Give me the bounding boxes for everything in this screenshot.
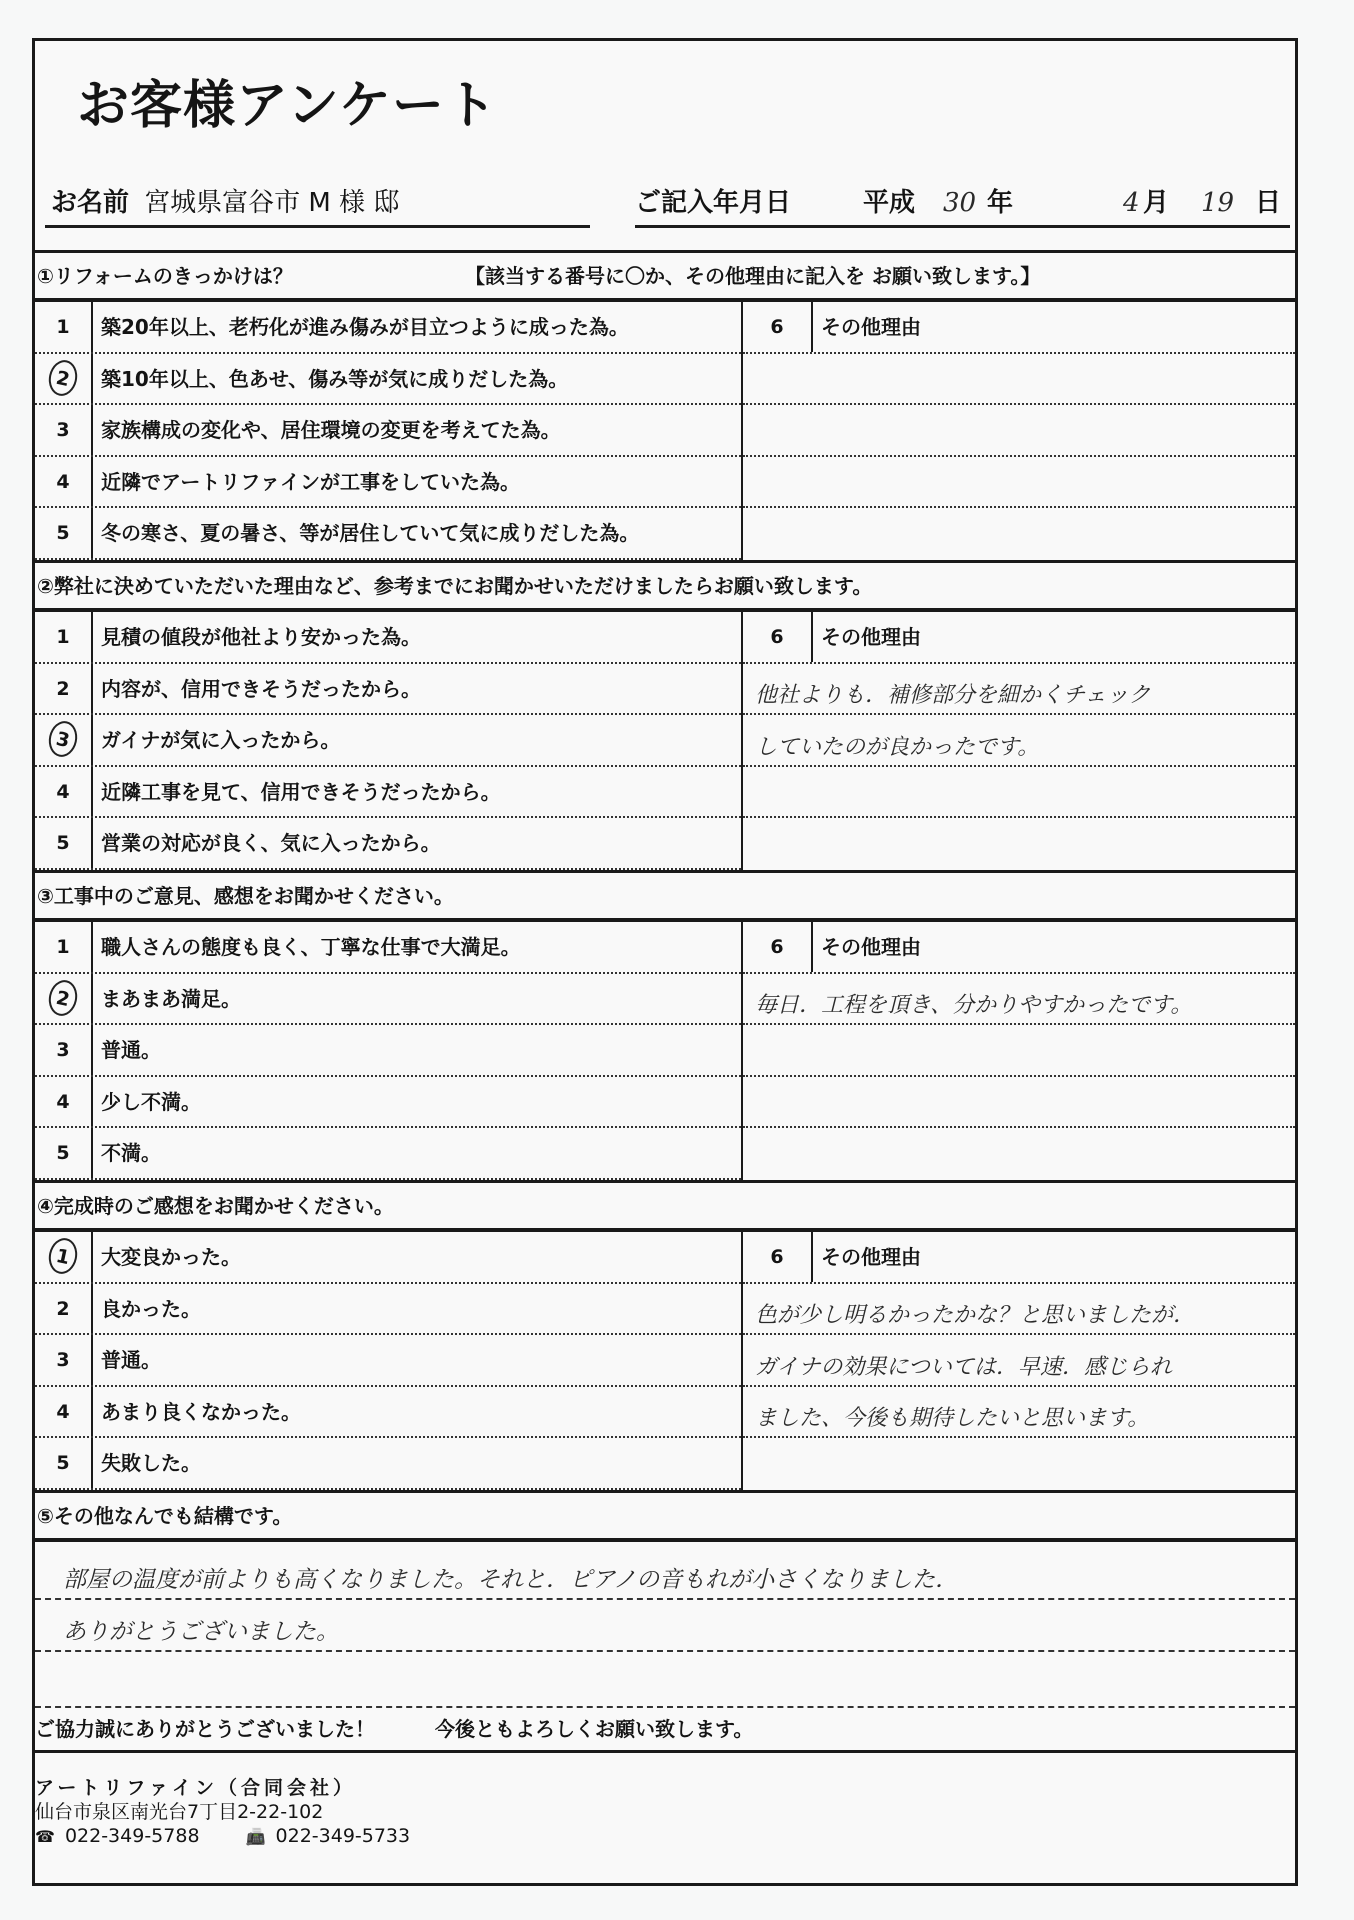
option-number[interactable]: 5 — [35, 1128, 93, 1178]
option-label: 普通。 — [101, 1025, 161, 1075]
other-handwritten: 他社よりも．補修部分を細かくチェック — [755, 678, 1150, 709]
option-row[interactable]: 5営業の対応が良く、気に入ったから。 — [35, 818, 741, 870]
option-number[interactable]: 1 — [35, 612, 93, 662]
other-handwritten: ました、今後も期待したいと思います。 — [755, 1401, 1149, 1432]
option-number[interactable]: 4 — [35, 767, 93, 817]
option-number[interactable]: 4 — [35, 1387, 93, 1437]
other-reason-line[interactable] — [743, 767, 1295, 819]
other-reason-line[interactable] — [743, 405, 1295, 457]
option-label: 内容が、信用できそうだったから。 — [101, 664, 421, 714]
other-reason-header: 6その他理由 — [743, 302, 1295, 354]
phone-number: 022-349-5788 — [65, 1825, 200, 1847]
other-label: その他理由 — [821, 612, 921, 662]
option-label: 少し不満。 — [101, 1077, 201, 1127]
other-reason-line[interactable]: ました、今後も期待したいと思います。 — [743, 1387, 1295, 1439]
other-handwritten: ガイナの効果については．早速．感じられ — [755, 1350, 1172, 1381]
section-q1: ①リフォームのきっかけは？【該当する番号に〇か、その他理由に記入を お願い致しま… — [35, 250, 1295, 560]
section-q3-header: ③工事中のご意見、感想をお聞かせください。 — [35, 870, 1295, 922]
month-value: 4 — [1123, 181, 1140, 225]
option-row[interactable]: 2築10年以上、色あせ、傷み等が気に成りだした為。 — [35, 354, 741, 406]
option-number[interactable]: 5 — [35, 508, 93, 558]
other-reason-line[interactable] — [743, 457, 1295, 509]
option-number[interactable]: 1 — [35, 302, 93, 352]
other-reason-line[interactable] — [743, 354, 1295, 406]
option-number[interactable]: 3 — [35, 1335, 93, 1385]
q5-handwritten-1: 部屋の温度が前よりも高くなりました。それと．ピアノの音もれが小さくなりました． — [63, 1561, 958, 1594]
other-reason-line[interactable]: していたのが良かったです。 — [743, 715, 1295, 767]
option-row[interactable]: 4近隣工事を見て、信用できそうだったから。 — [35, 767, 741, 819]
options-table: 1築20年以上、老朽化が進み傷みが目立つように成った為。2築10年以上、色あせ、… — [35, 302, 1295, 560]
option-label: 職人さんの態度も良く、丁寧な仕事で大満足。 — [101, 922, 521, 972]
option-row[interactable]: 4少し不満。 — [35, 1077, 741, 1129]
q5-line-3 — [35, 1650, 1295, 1708]
entry-date-field: ご記入年月日 平成 30 年 4 月 19 日 — [635, 181, 1290, 228]
section-title: ③工事中のご意見、感想をお聞かせください。 — [37, 884, 454, 908]
section-title: ④完成時のご感想をお聞かせください。 — [37, 1194, 394, 1218]
other-reason-header: 6その他理由 — [743, 922, 1295, 974]
other-handwritten: していたのが良かったです。 — [755, 730, 1039, 761]
option-row[interactable]: 1大変良かった。 — [35, 1232, 741, 1284]
option-label: 家族構成の変化や、居住環境の変更を考えてた為。 — [101, 405, 561, 455]
option-row[interactable]: 2内容が、信用できそうだったから。 — [35, 664, 741, 716]
option-label: 失敗した。 — [101, 1438, 201, 1488]
other-reason-line[interactable] — [743, 1438, 1295, 1490]
option-label: 営業の対応が良く、気に入ったから。 — [101, 818, 441, 868]
option-label: 見積の値段が他社より安かった為。 — [101, 612, 421, 662]
other-reason-header: 6その他理由 — [743, 1232, 1295, 1284]
customer-name-field: お名前 宮城県富谷市 M 様 邸 — [45, 181, 590, 228]
other-label: その他理由 — [821, 302, 921, 352]
option-row[interactable]: 5冬の寒さ、夏の暑さ、等が居住していて気に成りだした為。 — [35, 508, 741, 560]
options-table: 1大変良かった。2良かった。3普通。4あまり良くなかった。5失敗した。6その他理… — [35, 1232, 1295, 1490]
option-number[interactable]: 3 — [35, 405, 93, 455]
option-number[interactable]: 2 — [35, 664, 93, 714]
year-label: 年 — [987, 181, 1013, 225]
other-reason-line[interactable] — [743, 1077, 1295, 1129]
q5-line-1: 部屋の温度が前よりも高くなりました。それと．ピアノの音もれが小さくなりました． — [35, 1542, 1295, 1600]
section-title: ②弊社に決めていただいた理由など、参考までにお聞かせいただけましたらお願い致しま… — [37, 574, 872, 598]
option-row[interactable]: 5失敗した。 — [35, 1438, 741, 1490]
option-number-circled[interactable]: 3 — [35, 715, 93, 765]
company-address: 仙台市泉区南光台7丁目2-22-102 — [35, 1800, 420, 1824]
option-label: 近隣でアートリファインが工事をしていた為。 — [101, 457, 520, 507]
section-q2-header: ②弊社に決めていただいた理由など、参考までにお聞かせいただけましたらお願い致しま… — [35, 560, 1295, 612]
option-number-circled[interactable]: 2 — [35, 354, 93, 404]
other-reason-line[interactable] — [743, 1128, 1295, 1180]
other-reason-line[interactable] — [743, 1025, 1295, 1077]
era-label: 平成 — [863, 181, 915, 225]
option-label: 近隣工事を見て、信用できそうだったから。 — [101, 767, 501, 817]
date-label: ご記入年月日 — [635, 181, 791, 225]
q5-line-2: ありがとうございました。 — [35, 1598, 1295, 1652]
year-value: 30 — [943, 181, 976, 225]
option-label: 冬の寒さ、夏の暑さ、等が居住していて気に成りだした為。 — [101, 508, 639, 558]
section-q3: ③工事中のご意見、感想をお聞かせください。1職人さんの態度も良く、丁寧な仕事で大… — [35, 870, 1295, 1180]
closing-text: 今後ともよろしくお願い致します。 — [435, 1708, 753, 1750]
fax-icon: 📠 — [246, 1825, 266, 1849]
other-reason-line[interactable]: ガイナの効果については．早速．感じられ — [743, 1335, 1295, 1387]
other-number[interactable]: 6 — [743, 612, 813, 662]
option-row[interactable]: 5不満。 — [35, 1128, 741, 1180]
option-label: 大変良かった。 — [101, 1232, 241, 1282]
option-label: まあまあ満足。 — [101, 974, 241, 1024]
fax-number: 022-349-5733 — [276, 1825, 411, 1847]
option-number-circled[interactable]: 1 — [35, 1232, 93, 1282]
option-row[interactable]: 3ガイナが気に入ったから。 — [35, 715, 741, 767]
option-label: 築10年以上、色あせ、傷み等が気に成りだした為。 — [101, 354, 568, 404]
section-q1-header: ①リフォームのきっかけは？【該当する番号に〇か、その他理由に記入を お願い致しま… — [35, 250, 1295, 302]
option-label: 良かった。 — [101, 1284, 201, 1334]
other-reason-line[interactable] — [743, 818, 1295, 870]
company-name: アートリファイン（合同会社） — [35, 1776, 420, 1800]
survey-form: お客様アンケート お名前 宮城県富谷市 M 様 邸 ご記入年月日 平成 30 年… — [32, 38, 1298, 1886]
other-reason-line[interactable]: 毎日．工程を頂き、分かりやすかったです。 — [743, 974, 1295, 1026]
month-label: 月 — [1143, 181, 1169, 225]
day-label: 日 — [1255, 181, 1281, 225]
q5-handwritten-2: ありがとうございました。 — [63, 1613, 339, 1646]
option-row[interactable]: 3普通。 — [35, 1335, 741, 1387]
option-row[interactable]: 3普通。 — [35, 1025, 741, 1077]
option-row[interactable]: 2まあまあ満足。 — [35, 974, 741, 1026]
option-row[interactable]: 4近隣でアートリファインが工事をしていた為。 — [35, 457, 741, 509]
other-reason-line[interactable]: 色が少し明るかったかな？と思いましたが． — [743, 1284, 1295, 1336]
option-row[interactable]: 1見積の値段が他社より安かった為。 — [35, 612, 741, 664]
option-row[interactable]: 3家族構成の変化や、居住環境の変更を考えてた為。 — [35, 405, 741, 457]
option-number[interactable]: 5 — [35, 818, 93, 868]
other-reason-line[interactable] — [743, 508, 1295, 560]
form-title: お客様アンケート — [77, 63, 498, 138]
option-number[interactable]: 1 — [35, 922, 93, 972]
thanks-row: ご協力誠にありがとうございました！ 今後ともよろしくお願い致します。 — [35, 1708, 1295, 1753]
options-table: 1職人さんの態度も良く、丁寧な仕事で大満足。2まあまあ満足。3普通。4少し不満。… — [35, 922, 1295, 1180]
name-date-row: お名前 宮城県富谷市 M 様 邸 ご記入年月日 平成 30 年 4 月 19 日 — [45, 181, 1285, 231]
other-number[interactable]: 6 — [743, 1232, 813, 1282]
other-handwritten: 毎日．工程を頂き、分かりやすかったです。 — [755, 988, 1192, 1019]
thanks-text: ご協力誠にありがとうございました！ — [35, 1717, 375, 1741]
option-label: あまり良くなかった。 — [101, 1387, 301, 1437]
day-value: 19 — [1201, 181, 1234, 225]
other-label: その他理由 — [821, 1232, 921, 1282]
name-label: お名前 — [51, 188, 129, 218]
other-reason-header: 6その他理由 — [743, 612, 1295, 664]
option-label: ガイナが気に入ったから。 — [101, 715, 340, 765]
option-label: 普通。 — [101, 1335, 161, 1385]
section-q2: ②弊社に決めていただいた理由など、参考までにお聞かせいただけましたらお願い致しま… — [35, 560, 1295, 870]
other-number[interactable]: 6 — [743, 922, 813, 972]
option-row[interactable]: 4あまり良くなかった。 — [35, 1387, 741, 1439]
option-number[interactable]: 2 — [35, 1284, 93, 1334]
other-label: その他理由 — [821, 922, 921, 972]
option-row[interactable]: 1築20年以上、老朽化が進み傷みが目立つように成った為。 — [35, 302, 741, 354]
option-number[interactable]: 5 — [35, 1438, 93, 1488]
company-contact: ☎022-349-5788 📠022-349-5733 — [35, 1824, 420, 1849]
other-handwritten: 色が少し明るかったかな？と思いましたが． — [755, 1298, 1195, 1329]
option-number[interactable]: 3 — [35, 1025, 93, 1075]
option-row[interactable]: 2良かった。 — [35, 1284, 741, 1336]
options-table: 1見積の値段が他社より安かった為。2内容が、信用できそうだったから。3ガイナが気… — [35, 612, 1295, 870]
section-title: ①リフォームのきっかけは？ — [37, 264, 293, 288]
option-number[interactable]: 4 — [35, 1077, 93, 1127]
other-number[interactable]: 6 — [743, 302, 813, 352]
section-q5-title: ⑤その他なんでも結構です。 — [35, 1490, 1295, 1542]
option-row[interactable]: 1職人さんの態度も良く、丁寧な仕事で大満足。 — [35, 922, 741, 974]
section-q5: ⑤その他なんでも結構です。 部屋の温度が前よりも高くなりました。それと．ピアノの… — [35, 1490, 1295, 1710]
option-number[interactable]: 4 — [35, 457, 93, 507]
other-reason-line[interactable]: 他社よりも．補修部分を細かくチェック — [743, 664, 1295, 716]
option-label: 築20年以上、老朽化が進み傷みが目立つように成った為。 — [101, 302, 629, 352]
option-label: 不満。 — [101, 1128, 161, 1178]
company-info: アートリファイン（合同会社） 仙台市泉区南光台7丁目2-22-102 ☎022-… — [35, 1776, 420, 1849]
phone-icon: ☎ — [35, 1825, 55, 1849]
option-number-circled[interactable]: 2 — [35, 974, 93, 1024]
name-value: 宮城県富谷市 M 様 邸 — [144, 188, 399, 218]
section-q4: ④完成時のご感想をお聞かせください。1大変良かった。2良かった。3普通。4あまり… — [35, 1180, 1295, 1490]
section-q4-header: ④完成時のご感想をお聞かせください。 — [35, 1180, 1295, 1232]
section-note: 【該当する番号に〇か、その他理由に記入を お願い致します。】 — [465, 253, 1040, 299]
